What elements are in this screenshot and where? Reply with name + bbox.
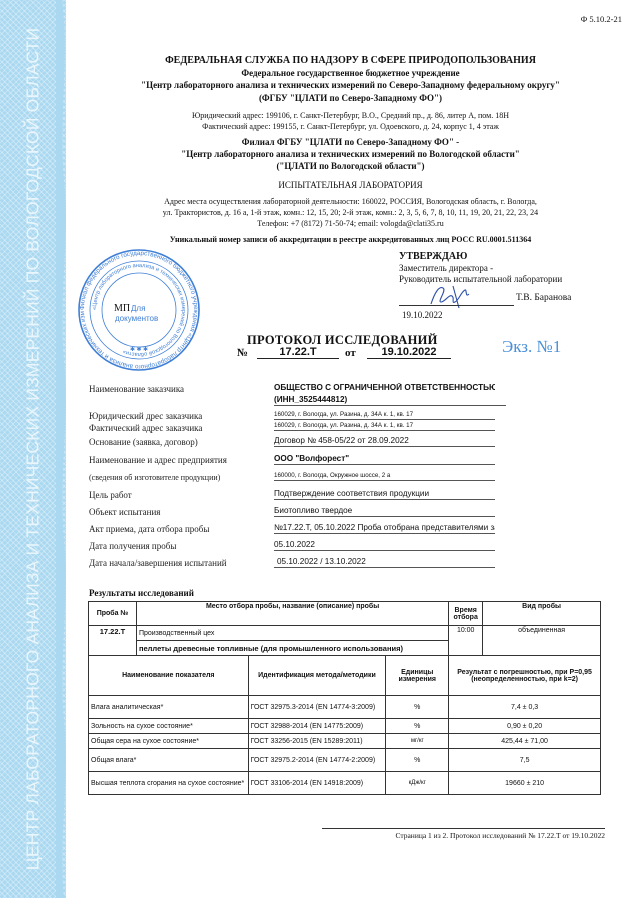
field-value-actual-address: 160029, г. Вологда, ул. Разина, д. 34А к… — [274, 422, 495, 431]
field-label-acceptance-act: Акт приема, дата отбора пробы — [89, 524, 209, 534]
indicator-unit: % — [386, 696, 449, 719]
sample-header-row: Проба № Место отбора пробы, название (оп… — [89, 602, 601, 626]
header-sample-time: Время отбора — [449, 602, 483, 626]
field-label-purpose: Цель работ — [89, 490, 132, 500]
field-value-manufacturer: 160000, г. Вологда, Окружное шоссе, 2 а — [274, 472, 495, 481]
header-indicator-name: Наименование показателя — [89, 656, 249, 696]
field-value-acceptance-act: №17.22.Т, 05.10.2022 Проба отобрана пред… — [274, 523, 495, 534]
indicator-name: Высшая теплота сгорания на сухое состоян… — [89, 772, 249, 795]
indicator-name: Общая влага* — [89, 749, 249, 772]
field-value-receipt-date: 05.10.2022 — [274, 540, 495, 551]
results-section-title: Результаты исследований — [89, 588, 194, 598]
sample-time: 10:00 — [449, 626, 483, 656]
header-sample-number: Проба № — [89, 602, 137, 626]
field-value-enterprise: ООО "Волфорест" — [274, 454, 495, 465]
branch-name-line1: Филиал ФГБУ "ЦЛАТИ по Северо-Западному Ф… — [70, 137, 631, 148]
indicator-method: ГОСТ 33256-2015 (EN 15289:2011) — [248, 734, 386, 749]
signature-line — [399, 305, 514, 306]
field-value-test-dates: 05.10.2022 / 13.10.2022 — [274, 557, 495, 568]
field-value-test-object: Биотопливо твердое — [274, 506, 495, 517]
field-value-customer-inn: (ИНН_3525444812) — [274, 395, 506, 406]
indicator-name: Влага аналитическая* — [89, 696, 249, 719]
indicator-result: 7,4 ± 0,3 — [449, 696, 601, 719]
approver-position-line2: Руководитель испытательной лаборатории — [399, 274, 562, 286]
table-row: Общая влага* ГОСТ 32975.2-2014 (EN 14774… — [89, 749, 601, 772]
footer-divider — [322, 828, 605, 829]
table-row: Общая сера на сухое состояние* ГОСТ 3325… — [89, 734, 601, 749]
table-row: Зольность на сухое состояние* ГОСТ 32988… — [89, 719, 601, 734]
legal-address: Юридический адрес: 199106, г. Санкт-Пете… — [70, 110, 631, 121]
field-label-basis: Основание (заявка, договор) — [89, 437, 198, 447]
indicator-method: ГОСТ 32975.2-2014 (EN 14774-2:2009) — [248, 749, 386, 772]
lab-address-line2: ул. Трактористов, д. 16 а, 1-й этаж, ком… — [70, 207, 631, 218]
header-sample-location: Место отбора пробы, название (описание) … — [136, 602, 448, 626]
branch-short-name: ("ЦЛАТИ по Вологодской области") — [70, 161, 631, 172]
indicator-method: ГОСТ 32988-2014 (EN 14775:2009) — [248, 719, 386, 734]
field-label-enterprise: Наименование и адрес предприятия — [89, 455, 227, 465]
indicator-name: Общая сера на сухое состояние* — [89, 734, 249, 749]
stamp-overlay-line1: Для — [131, 304, 145, 313]
header-units: Единицы измерения — [386, 656, 449, 696]
agency-name: ФЕДЕРАЛЬНАЯ СЛУЖБА ПО НАДЗОРУ В СФЕРЕ ПР… — [70, 55, 631, 66]
stamp-overlay-line2: документов — [115, 314, 158, 323]
indicator-result: 7,5 — [449, 749, 601, 772]
field-label-receipt-date: Дата получения пробы — [89, 541, 176, 551]
field-label-customer: Наименование заказчика — [89, 384, 184, 394]
field-label-manufacturer: (сведения об изготовителе продукции) — [89, 473, 220, 482]
header-method: Идентификация метода/методики — [248, 656, 386, 696]
indicator-method: ГОСТ 33106-2014 (EN 14918:2009) — [248, 772, 386, 795]
stamp-mp-label: МП — [114, 303, 130, 314]
indicator-header-row: Наименование показателя Идентификация ме… — [89, 656, 601, 696]
sample-description: пеллеты древесные топливные (для промышл… — [136, 641, 448, 656]
indicator-result: 0,90 ± 0,20 — [449, 719, 601, 734]
field-label-test-dates: Дата начала/завершения испытаний — [89, 558, 227, 568]
protocol-date: 19.10.2022 — [367, 346, 451, 359]
institution-short-name: (ФГБУ "ЦЛАТИ по Северо-Западному ФО") — [70, 93, 631, 104]
sample-number: 17.22.Т — [89, 626, 137, 656]
signature-icon — [425, 284, 475, 310]
indicator-unit: кДж/кг — [386, 772, 449, 795]
approver-position-line1: Заместитель директора - — [399, 263, 562, 275]
header-result: Результат с погрешностью, при P=0,95 (не… — [449, 656, 601, 696]
approver-name: Т.В. Баранова — [516, 293, 571, 303]
page-footer: Страница 1 из 2. Протокол исследований №… — [395, 831, 605, 840]
indicator-unit: мг/кг — [386, 734, 449, 749]
banner-text: ЦЕНТР ЛАБОРАТОРНОГО АНАЛИЗА И ТЕХНИЧЕСКИ… — [23, 28, 44, 871]
indicator-method: ГОСТ 32975.3-2014 (EN 14774-3:2009) — [248, 696, 386, 719]
institution-type: Федеральное государственное бюджетное уч… — [70, 68, 631, 79]
lab-title: ИСПЫТАТЕЛЬНАЯ ЛАБОРАТОРИЯ — [70, 180, 631, 191]
form-code: Ф 5.10.2-21 — [581, 14, 622, 24]
protocol-date-label: от — [345, 347, 356, 359]
protocol-number-label: № — [237, 347, 248, 359]
lab-contacts: Телефон: +7 (8172) 71-50-74; email: volo… — [70, 218, 631, 229]
branch-name-line2: "Центр лабораторного анализа и техническ… — [70, 149, 631, 160]
indicator-unit: % — [386, 749, 449, 772]
field-label-legal-address: Юридический дрес заказчика — [89, 411, 202, 421]
field-value-purpose: Подтверждение соответствия продукции — [274, 489, 495, 500]
approval-title: УТВЕРЖДАЮ — [399, 251, 562, 263]
approval-date: 19.10.2022 — [402, 310, 443, 320]
field-label-test-object: Объект испытания — [89, 507, 160, 517]
table-row: Влага аналитическая* ГОСТ 32975.3-2014 (… — [89, 696, 601, 719]
header-sample-type: Вид пробы — [483, 602, 601, 626]
indicator-result: 425,44 ± 71,00 — [449, 734, 601, 749]
field-value-customer: ОБЩЕСТВО С ОГРАНИЧЕННОЙ ОТВЕТСТВЕННОСТЬЮ… — [274, 383, 495, 393]
actual-address: Фактический адрес: 199155, г. Санкт-Пете… — [70, 121, 631, 132]
table-row: Высшая теплота сгорания на сухое состоян… — [89, 772, 601, 795]
lab-address-line1: Адрес места осуществления лабораторной д… — [70, 196, 631, 207]
indicator-name: Зольность на сухое состояние* — [89, 719, 249, 734]
field-value-legal-address: 160029, г. Вологда, ул. Разина, д. 34А к… — [274, 411, 495, 420]
wavy-banner-edge — [56, 0, 70, 898]
indicator-result: 19660 ± 210 — [449, 772, 601, 795]
sample-type: объединенная — [483, 626, 601, 656]
copy-number: Экз. №1 — [502, 337, 561, 357]
organization-stamp: Филиал федерального государственного бюд… — [77, 248, 201, 372]
field-label-actual-address: Фактический адрес заказчика — [89, 423, 202, 433]
institution-name: "Центр лабораторного анализа и техническ… — [70, 80, 631, 91]
approval-block: УТВЕРЖДАЮ Заместитель директора - Руково… — [399, 251, 562, 286]
field-value-basis: Договор № 458-05/22 от 28.09.2022 — [274, 436, 495, 447]
sample-row: 17.22.Т Производственный цех 10:00 объед… — [89, 626, 601, 641]
svg-text:✱ ✱ ✱: ✱ ✱ ✱ — [130, 346, 148, 353]
indicator-unit: % — [386, 719, 449, 734]
accreditation-number: Уникальный номер записи об аккредитации … — [70, 234, 631, 245]
sample-location: Производственный цех — [136, 626, 448, 641]
results-table: Проба № Место отбора пробы, название (оп… — [88, 601, 601, 795]
protocol-number: 17.22.Т — [257, 346, 339, 359]
